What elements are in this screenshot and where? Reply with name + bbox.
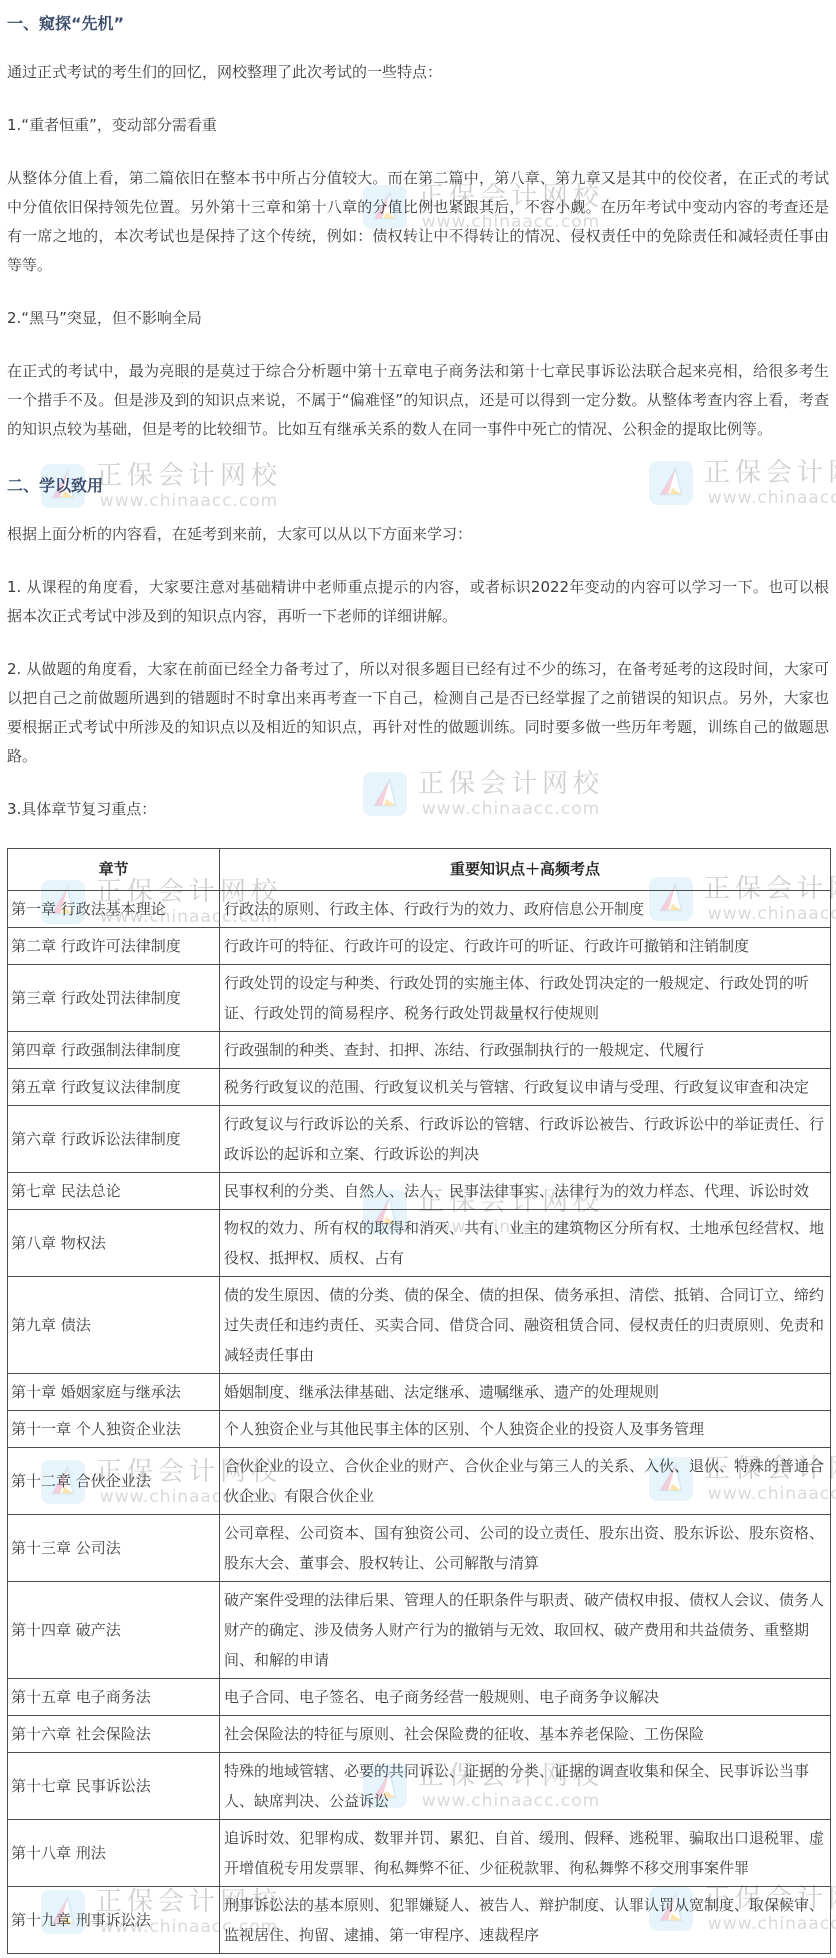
- chapter-cell: 第十一章 个人独资企业法: [8, 1411, 220, 1448]
- chapter-cell: 第十章 婚姻家庭与继承法: [8, 1374, 220, 1411]
- section2-intro: 根据上面分析的内容看，在延考到来前，大家可以从以下方面来学习：: [7, 520, 829, 549]
- section1-point1-title: 1.“重者恒重”，变动部分需看重: [7, 111, 829, 140]
- chapter-cell: 第三章 行政处罚法律制度: [8, 965, 220, 1032]
- chapter-cell: 第十五章 电子商务法: [8, 1679, 220, 1716]
- article-content: 一、窥探“先机” 通过正式考试的考生们的回忆，网校整理了此次考试的一些特点： 1…: [0, 0, 836, 1954]
- column-header-chapter: 章节: [8, 849, 220, 891]
- points-cell: 税务行政复议的范围、行政复议机关与管辖、行政复议申请与受理、行政复议审查和决定: [220, 1069, 831, 1106]
- table-row: 第十三章 公司法公司章程、公司资本、国有独资公司、公司的设立责任、股东出资、股东…: [8, 1515, 831, 1582]
- table-row: 第四章 行政强制法律制度行政强制的种类、查封、扣押、冻结、行政强制执行的一般规定…: [8, 1032, 831, 1069]
- points-cell: 行政法的原则、行政主体、行政行为的效力、政府信息公开制度: [220, 891, 831, 928]
- section2-point1: 1. 从课程的角度看，大家要注意对基础精讲中老师重点提示的内容，或者标识2022…: [7, 573, 829, 631]
- chapter-cell: 第十六章 社会保险法: [8, 1716, 220, 1753]
- chapter-cell: 第二章 行政许可法律制度: [8, 928, 220, 965]
- chapter-cell: 第十七章 民事诉讼法: [8, 1753, 220, 1820]
- article-page: 正保会计网校 www.chinaacc.com 正保会计网校 www.china…: [0, 0, 836, 1958]
- table-row: 第十五章 电子商务法电子合同、电子签名、电子商务经营一般规则、电子商务争议解决: [8, 1679, 831, 1716]
- chapter-cell: 第十三章 公司法: [8, 1515, 220, 1582]
- chapter-cell: 第一章 行政法基本理论: [8, 891, 220, 928]
- section1-point1-body: 从整体分值上看，第二篇依旧在整本书中所占分值较大。而在第二篇中，第八章、第九章又…: [7, 164, 829, 280]
- table-row: 第三章 行政处罚法律制度行政处罚的设定与种类、行政处罚的实施主体、行政处罚决定的…: [8, 965, 831, 1032]
- points-cell: 个人独资企业与其他民事主体的区别、个人独资企业的投资人及事务管理: [220, 1411, 831, 1448]
- points-cell: 电子合同、电子签名、电子商务经营一般规则、电子商务争议解决: [220, 1679, 831, 1716]
- chapter-review-table: 章节 重要知识点＋高频考点 第一章 行政法基本理论行政法的原则、行政主体、行政行…: [7, 848, 831, 1954]
- table-body: 第一章 行政法基本理论行政法的原则、行政主体、行政行为的效力、政府信息公开制度第…: [8, 891, 831, 1954]
- points-cell: 债的发生原因、债的分类、债的保全、债的担保、债务承担、清偿、抵销、合同订立、缔约…: [220, 1277, 831, 1374]
- table-row: 第十一章 个人独资企业法个人独资企业与其他民事主体的区别、个人独资企业的投资人及…: [8, 1411, 831, 1448]
- section2-point2: 2. 从做题的角度看，大家在前面已经全力备考过了，所以对很多题目已经有过不少的练…: [7, 655, 829, 771]
- points-cell: 刑事诉讼法的基本原则、犯罪嫌疑人、被告人、辩护制度、认罪认罚从宽制度、取保候审、…: [220, 1887, 831, 1954]
- table-row: 第十二章 合伙企业法合伙企业的设立、合伙企业的财产、合伙企业与第三人的关系、入伙…: [8, 1448, 831, 1515]
- table-row: 第九章 债法债的发生原因、债的分类、债的保全、债的担保、债务承担、清偿、抵销、合…: [8, 1277, 831, 1374]
- chapter-cell: 第九章 债法: [8, 1277, 220, 1374]
- chapter-cell: 第四章 行政强制法律制度: [8, 1032, 220, 1069]
- points-cell: 婚姻制度、继承法律基础、法定继承、遗嘱继承、遗产的处理规则: [220, 1374, 831, 1411]
- points-cell: 民事权利的分类、自然人、法人、民事法律事实、法律行为的效力样态、代理、诉讼时效: [220, 1173, 831, 1210]
- points-cell: 破产案件受理的法律后果、管理人的任职条件与职责、破产债权申报、债权人会议、债务人…: [220, 1582, 831, 1679]
- points-cell: 行政强制的种类、查封、扣押、冻结、行政强制执行的一般规定、代履行: [220, 1032, 831, 1069]
- chapter-cell: 第十二章 合伙企业法: [8, 1448, 220, 1515]
- table-row: 第十九章 刑事诉讼法刑事诉讼法的基本原则、犯罪嫌疑人、被告人、辩护制度、认罪认罚…: [8, 1887, 831, 1954]
- points-cell: 特殊的地域管辖、必要的共同诉讼、证据的分类、证据的调查收集和保全、民事诉讼当事人…: [220, 1753, 831, 1820]
- points-cell: 追诉时效、犯罪构成、数罪并罚、累犯、自首、缓刑、假释、逃税罪、骗取出口退税罪、虚…: [220, 1820, 831, 1887]
- table-row: 第十六章 社会保险法社会保险法的特征与原则、社会保险费的征收、基本养老保险、工伤…: [8, 1716, 831, 1753]
- chapter-cell: 第十八章 刑法: [8, 1820, 220, 1887]
- table-header-row: 章节 重要知识点＋高频考点: [8, 849, 831, 891]
- points-cell: 行政复议与行政诉讼的关系、行政诉讼的管辖、行政诉讼被告、行政诉讼中的举证责任、行…: [220, 1106, 831, 1173]
- section1-intro: 通过正式考试的考生们的回忆，网校整理了此次考试的一些特点：: [7, 58, 829, 87]
- chapter-cell: 第十四章 破产法: [8, 1582, 220, 1679]
- chapter-cell: 第七章 民法总论: [8, 1173, 220, 1210]
- section1-heading: 一、窥探“先机”: [7, 12, 829, 36]
- table-row: 第十章 婚姻家庭与继承法婚姻制度、继承法律基础、法定继承、遗嘱继承、遗产的处理规…: [8, 1374, 831, 1411]
- section1-point2-title: 2.“黑马”突显，但不影响全局: [7, 304, 829, 333]
- table-row: 第十七章 民事诉讼法特殊的地域管辖、必要的共同诉讼、证据的分类、证据的调查收集和…: [8, 1753, 831, 1820]
- points-cell: 公司章程、公司资本、国有独资公司、公司的设立责任、股东出资、股东诉讼、股东资格、…: [220, 1515, 831, 1582]
- chapter-cell: 第八章 物权法: [8, 1210, 220, 1277]
- chapter-cell: 第五章 行政复议法律制度: [8, 1069, 220, 1106]
- chapter-cell: 第十九章 刑事诉讼法: [8, 1887, 220, 1954]
- chapter-cell: 第六章 行政诉讼法律制度: [8, 1106, 220, 1173]
- table-row: 第十四章 破产法破产案件受理的法律后果、管理人的任职条件与职责、破产债权申报、债…: [8, 1582, 831, 1679]
- section2-heading: 二、学以致用: [7, 474, 829, 498]
- column-header-points: 重要知识点＋高频考点: [220, 849, 831, 891]
- section2-point3: 3.具体章节复习重点：: [7, 795, 829, 824]
- points-cell: 合伙企业的设立、合伙企业的财产、合伙企业与第三人的关系、入伙、退伙、特殊的普通合…: [220, 1448, 831, 1515]
- table-row: 第七章 民法总论民事权利的分类、自然人、法人、民事法律事实、法律行为的效力样态、…: [8, 1173, 831, 1210]
- table-row: 第一章 行政法基本理论行政法的原则、行政主体、行政行为的效力、政府信息公开制度: [8, 891, 831, 928]
- table-row: 第六章 行政诉讼法律制度行政复议与行政诉讼的关系、行政诉讼的管辖、行政诉讼被告、…: [8, 1106, 831, 1173]
- points-cell: 社会保险法的特征与原则、社会保险费的征收、基本养老保险、工伤保险: [220, 1716, 831, 1753]
- table-row: 第五章 行政复议法律制度税务行政复议的范围、行政复议机关与管辖、行政复议申请与受…: [8, 1069, 831, 1106]
- points-cell: 物权的效力、所有权的取得和消灭、共有、业主的建筑物区分所有权、土地承包经营权、地…: [220, 1210, 831, 1277]
- section1-point2-body: 在正式的考试中，最为亮眼的是莫过于综合分析题中第十五章电子商务法和第十七章民事诉…: [7, 357, 829, 444]
- points-cell: 行政许可的特征、行政许可的设定、行政许可的听证、行政许可撤销和注销制度: [220, 928, 831, 965]
- table-row: 第二章 行政许可法律制度行政许可的特征、行政许可的设定、行政许可的听证、行政许可…: [8, 928, 831, 965]
- points-cell: 行政处罚的设定与种类、行政处罚的实施主体、行政处罚决定的一般规定、行政处罚的听证…: [220, 965, 831, 1032]
- table-row: 第十八章 刑法追诉时效、犯罪构成、数罪并罚、累犯、自首、缓刑、假释、逃税罪、骗取…: [8, 1820, 831, 1887]
- table-row: 第八章 物权法物权的效力、所有权的取得和消灭、共有、业主的建筑物区分所有权、土地…: [8, 1210, 831, 1277]
